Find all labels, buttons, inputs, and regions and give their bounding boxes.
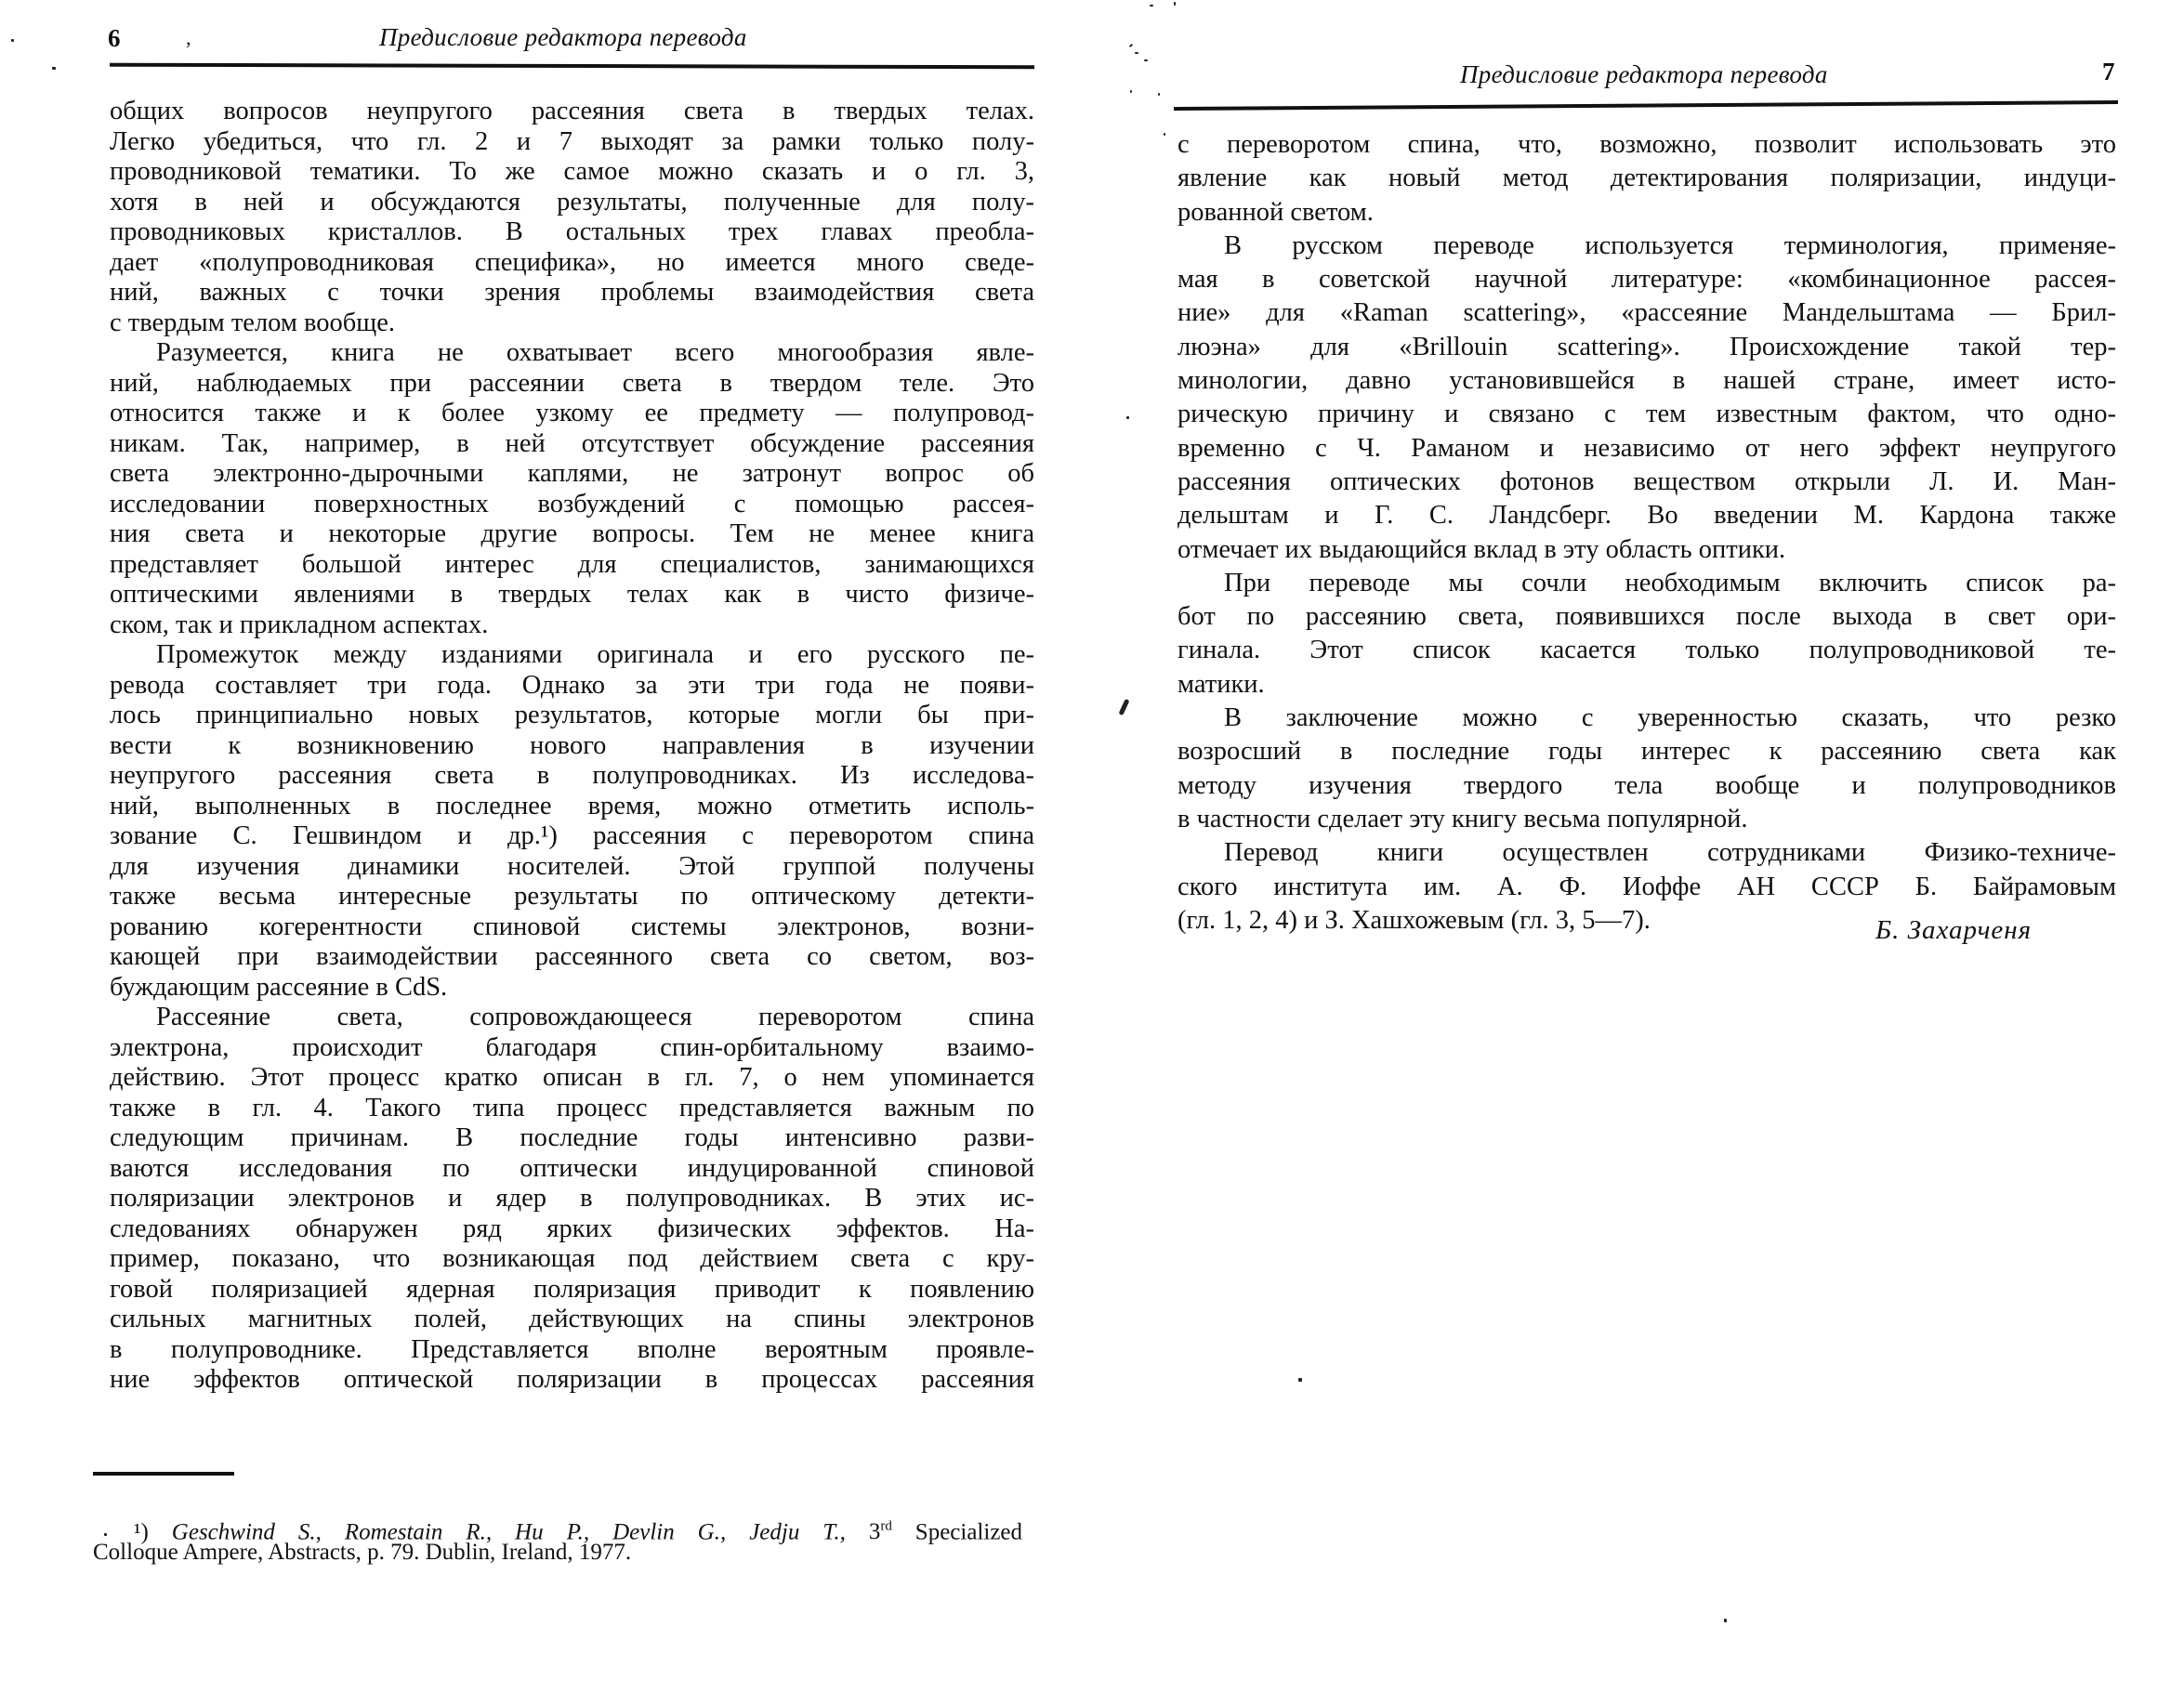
text-line: методу изучения твердого тела вообще и п… — [1178, 769, 2116, 803]
text-line: люэна» для «Brillouin scattering». Проис… — [1178, 331, 2116, 364]
right-page: Предисловие редактора перевода 7 с перев… — [1092, 0, 2184, 1706]
text-line: лось принципиально новых результатов, ко… — [110, 701, 1034, 731]
text-line: матики. — [1178, 668, 2116, 702]
left-text-column: общих вопросов неупругого рассеяния свет… — [110, 97, 1034, 1396]
text-line: Перевод книги осуществлен сотрудниками Ф… — [1178, 836, 2116, 870]
scan-speck — [1158, 93, 1160, 96]
text-line: ние» для «Raman scattering», «рассеяние … — [1178, 296, 2116, 330]
text-line: с переворотом спина, что, возможно, позв… — [1178, 128, 2116, 162]
text-line: относится также и к более узкому ее пред… — [110, 399, 1034, 429]
text-line: сильных магнитных полей, действующих на … — [110, 1305, 1034, 1335]
ordinal-suffix: rd — [880, 1519, 892, 1534]
running-head: Предисловие редактора перевода — [379, 23, 747, 52]
text-line: с твердым телом вообще. — [110, 308, 1034, 339]
text-line: неупругого рассеяния света в полупроводн… — [110, 761, 1034, 792]
text-line: явление как новый метод детектирования п… — [1178, 162, 2116, 195]
footnote-rule — [93, 1472, 234, 1476]
text-line: минологии, давно установившейся в нашей … — [1178, 364, 2116, 398]
scan-speck — [1174, 2, 1176, 6]
text-line: ском, так и прикладном аспектах. — [110, 610, 1034, 641]
scan-speck — [1724, 1619, 1727, 1622]
text-line: рассеяния оптических фотонов веществом о… — [1178, 466, 2116, 499]
text-line: ревода составляет три года. Однако за эт… — [110, 671, 1034, 702]
text-line: в частности сделает эту книгу весьма поп… — [1178, 803, 2116, 836]
text-line: никам. Так, например, в ней отсутствует … — [110, 429, 1034, 460]
footnote-ordinal: 3rd — [869, 1519, 892, 1544]
scan-speck — [1150, 5, 1153, 7]
text-line: пример, показано, что возникающая под де… — [110, 1244, 1034, 1275]
text-line: возросший в последние годы интерес к рас… — [1178, 735, 2116, 768]
text-line: ваются исследования по оптически индуцир… — [110, 1154, 1034, 1185]
text-line: В русском переводе используется терминол… — [1178, 230, 2116, 263]
text-line: дает «полупроводниковая специфика», но и… — [110, 248, 1034, 279]
text-line: зование С. Гешвиндом и др.¹) рассеяния с… — [110, 821, 1034, 852]
text-line: При переводе мы сочли необходимым включи… — [1178, 567, 2116, 600]
stray-mark: , — [186, 26, 191, 50]
text-line: ний, важных с точки зрения проблемы взаи… — [110, 278, 1034, 308]
text-line: говой поляризацией ядерная поляризация п… — [110, 1275, 1034, 1306]
running-head: Предисловие редактора перевода — [1460, 60, 1828, 89]
scan-speck — [1135, 52, 1138, 54]
text-line: ние эффектов оптической поляризации в пр… — [110, 1365, 1034, 1396]
text-line: действию. Этот процесс кратко описан в г… — [110, 1063, 1034, 1094]
pencil-mark — [1118, 699, 1129, 715]
scan-speck — [1164, 133, 1165, 136]
text-line: рическую причину и связано с тем известн… — [1178, 398, 2116, 431]
text-line: рованию когерентности спиновой системы э… — [110, 912, 1034, 943]
scan-speck — [1130, 90, 1132, 93]
text-line: отмечает их выдающийся вклад в эту облас… — [1178, 533, 2116, 567]
page-number: 6 — [108, 24, 121, 53]
text-line: для изучения динамики носителей. Этой гр… — [110, 852, 1034, 883]
text-line: Рассеяние света, сопровождающееся перево… — [110, 1003, 1034, 1033]
text-line: проводниковых кристаллов. В остальных тр… — [110, 217, 1034, 248]
text-line: ского института им. А. Ф. Иоффе АН СССР … — [1178, 871, 2116, 904]
text-line: следованиях обнаружен ряд ярких физическ… — [110, 1214, 1034, 1245]
text-line: проводниковой тематики. То же самое можн… — [110, 157, 1034, 188]
footnote-line-1: ¹) Geschwind S., Romestain R., Hu P., De… — [93, 1515, 1022, 1540]
text-line: Разумеется, книга не охватывает всего мн… — [110, 338, 1034, 369]
text-line: общих вопросов неупругого рассеяния свет… — [110, 97, 1034, 127]
text-line: электрона, происходит благодаря спин-орб… — [110, 1033, 1034, 1064]
scan-speck — [1129, 44, 1133, 47]
text-line: бот по рассеянию света, появившихся посл… — [1178, 600, 2116, 634]
text-line: Промежуток между изданиями оригинала и е… — [110, 640, 1034, 671]
text-line: вести к возникновению нового направления… — [110, 731, 1034, 762]
text-line: представляет большой интерес для специал… — [110, 550, 1034, 581]
text-line: следующим причинам. В последние годы инт… — [110, 1123, 1034, 1154]
text-line: света электронно-дырочными каплями, не з… — [110, 459, 1034, 490]
text-line: буждающим рассеяние в CdS. — [110, 973, 1034, 1004]
scan-speck — [52, 67, 56, 70]
text-line: ния света и некоторые другие вопросы. Те… — [110, 519, 1034, 550]
text-line: дельштам и Г. С. Ландсберг. Во введении … — [1178, 499, 2116, 532]
text-line: исследовании поверхностных возбуждений с… — [110, 490, 1034, 520]
text-line: временно с Ч. Раманом и независимо от не… — [1178, 432, 2116, 466]
text-line: ний, выполненных в последнее время, можн… — [110, 792, 1034, 822]
footnote: ¹) Geschwind S., Romestain R., Hu P., De… — [93, 1515, 1022, 1565]
text-line: также в гл. 4. Такого типа процесс предс… — [110, 1094, 1034, 1124]
ordinal-number: 3 — [869, 1519, 881, 1544]
text-line: также весьма интересные результаты по оп… — [110, 882, 1034, 912]
scan-speck — [1126, 416, 1129, 419]
text-line: ний, наблюдаемых при рассеянии света в т… — [110, 369, 1034, 400]
right-text-column: с переворотом спина, что, возможно, позв… — [1178, 128, 2116, 938]
text-line: оптическими явлениями в твердых телах ка… — [110, 580, 1034, 610]
signature: Б. Захарченя — [1875, 915, 2032, 946]
text-line: Легко убедиться, что гл. 2 и 7 выходят з… — [110, 127, 1034, 158]
text-line: В заключение можно с уверенностью сказат… — [1178, 702, 2116, 735]
text-line: гинала. Этот список касается только полу… — [1178, 634, 2116, 667]
text-line: хотя в ней и обсуждаются результаты, пол… — [110, 188, 1034, 218]
page-number: 7 — [2102, 58, 2115, 86]
scan-speck — [11, 39, 14, 42]
text-line: мая в советской научной литературе: «ком… — [1178, 263, 2116, 296]
header-rule — [1174, 100, 2118, 111]
header-rule — [110, 63, 1034, 70]
scan-speck — [1144, 59, 1148, 61]
text-line: в полупроводнике. Представляется вполне … — [110, 1335, 1034, 1366]
footnote-rest: Specialized — [915, 1519, 1022, 1544]
scan-speck — [1298, 1378, 1302, 1382]
text-line: кающей при взаимодействии рассеянного св… — [110, 942, 1034, 973]
left-page: 6 , Предисловие редактора перевода общих… — [0, 0, 1092, 1706]
text-line: поляризации электронов и ядер в полупров… — [110, 1184, 1034, 1214]
text-line: рованной светом. — [1178, 196, 2116, 230]
scan-speck — [104, 1533, 107, 1536]
